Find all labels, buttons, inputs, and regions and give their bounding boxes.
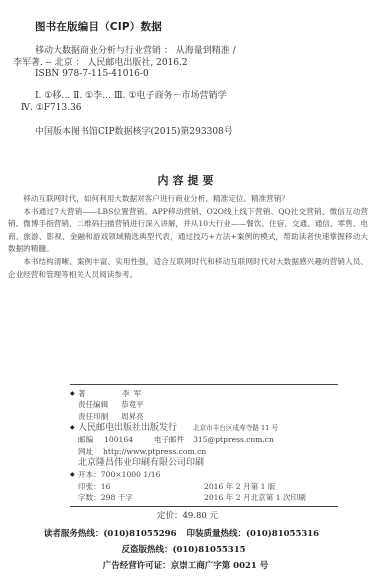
postcode-value: 100164 xyxy=(104,435,133,444)
diamond-bullet-icon: ◆ xyxy=(70,388,75,399)
email-label: 电子邮件 xyxy=(154,435,184,444)
summary-body: 移动互联网时代，如何利用大数据对客户进行商业分析、精准定位、精准营销？ 本书通过… xyxy=(8,193,368,281)
print-manager-label: 责任印制 xyxy=(78,411,121,422)
author-row: ◆ 著李军 xyxy=(78,388,348,399)
cip-record-number: 中国版本图书馆CIP数据核字(2015)第293308号 xyxy=(35,124,233,137)
cip-line-author: 李军著. -- 北京 ： 人民邮电出版社, 2016.2 xyxy=(13,58,236,70)
credits-block: ◆ 著李军 责任编辑恭竟平 责任印制周昇亮 ◆ 人民邮电出版社出版发行北京市丰台… xyxy=(78,388,348,503)
publisher-address: 北京市丰台区成寿寺路 11 号 xyxy=(193,424,278,432)
publisher-name: 人民邮电出版社出版发行 xyxy=(78,423,177,433)
postcode-label: 邮编 xyxy=(78,435,93,444)
sheets-row: 印张：16 2016 年 2 月第 1 版 xyxy=(78,481,348,492)
summary-title: 内容提要 xyxy=(0,172,375,188)
summary-paragraph: 本书通过7大营销——LBS位置营销、APP移动营销、O2O线上线下营销、QQ社交… xyxy=(8,206,368,256)
reader-hotline: 读者服务热线：(010)81055296 xyxy=(44,529,177,539)
website-link[interactable]: http://www.ptpress.com.cn xyxy=(103,447,206,456)
printing-value: 2016 年 2 月北京第 1 次印刷 xyxy=(204,492,306,503)
format-row: ◆ 开本：700×1000 1/16 xyxy=(78,469,348,480)
author-label: 著 xyxy=(78,388,122,399)
cip-line-isbn: ISBN 978-7-115-41016-0 xyxy=(35,69,236,81)
word-count-row: 字数：298 千字 2016 年 2 月北京第 1 次印刷 xyxy=(78,492,348,503)
cip-class-line-1: Ⅰ. ①移… Ⅱ. ①李… Ⅲ. ①电子商务－市场营销学 xyxy=(35,90,226,102)
print-manager-name: 周昇亮 xyxy=(121,412,144,421)
word-count-value: 字数：298 千字 xyxy=(78,493,133,502)
hotline-row: 读者服务热线：(010)81055296印装质量热线：(010)81055316 xyxy=(0,527,369,539)
email-value: 315@ptpress.com.cn xyxy=(193,435,274,444)
editor-label: 责任编辑 xyxy=(78,399,121,410)
diamond-bullet-icon: ◆ xyxy=(70,422,75,435)
publisher-row: ◆ 人民邮电出版社出版发行北京市丰台区成寿寺路 11 号 xyxy=(78,422,348,435)
website-row: 网址 http://www.ptpress.com.cn xyxy=(78,446,348,457)
ad-license: 广告经营许可证：京崇工商广字第 0021 号 xyxy=(0,559,373,571)
author-name: 李军 xyxy=(122,389,145,398)
diamond-bullet-icon: ◆ xyxy=(70,469,75,480)
printer-row: 北京隆昌伟业印刷有限公司印刷 xyxy=(78,457,348,470)
cip-description: 移动大数据商业分析与行业营销 ： 从海量到精准 / 李军著. -- 北京 ： 人… xyxy=(35,46,236,81)
website-label: 网址 xyxy=(78,447,93,456)
cip-class-line-2: Ⅳ. ①F713.36 xyxy=(21,102,226,114)
top-divider xyxy=(70,384,338,385)
printer-name: 北京隆昌伟业印刷有限公司印刷 xyxy=(78,458,204,468)
bottom-divider xyxy=(70,506,338,507)
format-value: 开本：700×1000 1/16 xyxy=(78,470,160,479)
cip-classification: Ⅰ. ①移… Ⅱ. ①李… Ⅲ. ①电子商务－市场营销学 Ⅳ. ①F713.36 xyxy=(35,90,226,114)
piracy-hotline: 反盗版热线：(010)81055315 xyxy=(0,543,371,555)
summary-paragraph: 移动互联网时代，如何利用大数据对客户进行商业分析、精准定位、精准营销？ xyxy=(8,193,368,206)
editor-row: 责任编辑恭竟平 xyxy=(78,399,348,410)
sheets-value: 印张：16 xyxy=(78,482,110,491)
price: 定价：49.80 元 xyxy=(0,509,375,521)
print-manager-row: 责任印制周昇亮 xyxy=(78,411,348,422)
cip-title: 图书在版编目（CIP）数据 xyxy=(35,19,162,34)
quality-hotline: 印装质量热线：(010)81055316 xyxy=(187,529,320,539)
contact-row: 邮编 100164 电子邮件 315@ptpress.com.cn xyxy=(78,434,348,445)
summary-paragraph: 本书结构清晰、案例丰富、实用性强，适合互联网时代和移动互联网时代对大数据感兴趣的… xyxy=(8,256,368,281)
cip-line-title: 移动大数据商业分析与行业营销 ： 从海量到精准 / xyxy=(35,46,236,58)
editor-name: 恭竟平 xyxy=(121,400,144,409)
edition-value: 2016 年 2 月第 1 版 xyxy=(204,481,275,492)
